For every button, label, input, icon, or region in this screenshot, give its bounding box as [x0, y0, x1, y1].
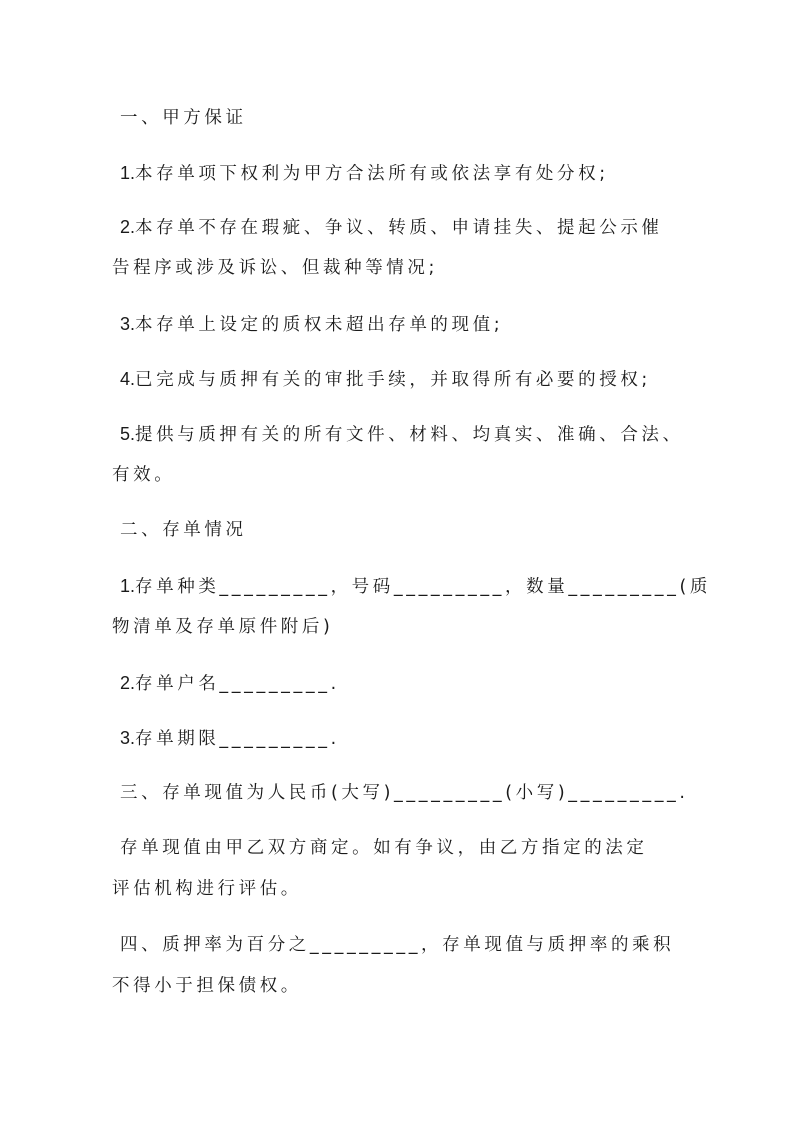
section-heading-3: 三、存单现值为人民币(大写)_________(小写)_________.: [120, 781, 680, 805]
item-number: 2.: [120, 217, 135, 237]
guarantee-item-1: 1.本存单项下权利为甲方合法所有或依法享有处分权;: [120, 161, 680, 186]
item-text: 存单户名_________.: [135, 674, 340, 694]
section-heading-4-cont: 不得小于担保债权。: [112, 974, 672, 998]
deposit-item-1: 1.存单种类_________，号码_________，数量_________(…: [120, 574, 680, 599]
deposit-item-3: 3.存单期限_________.: [120, 726, 680, 751]
item-number: 5.: [120, 424, 135, 444]
document-page: 一、甲方保证 1.本存单项下权利为甲方合法所有或依法享有处分权; 2.本存单不存…: [0, 0, 793, 1122]
item-number: 1.: [120, 576, 135, 596]
item-text: 本存单不存在瑕疵、争议、转质、申请挂失、提起公示催: [135, 218, 663, 238]
item-number: 3.: [120, 314, 135, 334]
item-text: 存单期限_________.: [135, 729, 340, 749]
item-text: 提供与质押有关的所有文件、材料、均真实、准确、合法、: [135, 425, 684, 445]
item-text: 已完成与质押有关的审批手续，并取得所有必要的授权;: [135, 370, 651, 390]
valuation-paragraph-cont: 评估机构进行评估。: [112, 877, 672, 901]
deposit-item-2: 2.存单户名_________.: [120, 671, 680, 696]
item-number: 2.: [120, 673, 135, 693]
guarantee-item-4: 4.已完成与质押有关的审批手续，并取得所有必要的授权;: [120, 367, 680, 392]
section-heading-2: 二、存单情况: [120, 518, 680, 542]
guarantee-item-2-cont: 告程序或涉及诉讼、但裁种等情况;: [112, 256, 672, 280]
section-heading-4: 四、质押率为百分之_________，存单现值与质押率的乘积: [120, 933, 680, 957]
item-text: 存单种类_________，号码_________，数量_________(质: [135, 577, 711, 597]
section-heading-1: 一、甲方保证: [120, 106, 680, 130]
item-number: 4.: [120, 369, 135, 389]
guarantee-item-5-cont: 有效。: [112, 463, 672, 487]
valuation-paragraph: 存单现值由甲乙双方商定。如有争议，由乙方指定的法定: [120, 836, 680, 860]
guarantee-item-3: 3.本存单上设定的质权未超出存单的现值;: [120, 312, 680, 337]
deposit-item-1-cont: 物清单及存单原件附后): [112, 615, 672, 639]
item-number: 3.: [120, 728, 135, 748]
guarantee-item-5: 5.提供与质押有关的所有文件、材料、均真实、准确、合法、: [120, 422, 680, 447]
item-text: 本存单上设定的质权未超出存单的现值;: [135, 315, 503, 335]
item-text: 本存单项下权利为甲方合法所有或依法享有处分权;: [135, 164, 609, 184]
guarantee-item-2: 2.本存单不存在瑕疵、争议、转质、申请挂失、提起公示催: [120, 215, 680, 240]
item-number: 1.: [120, 163, 135, 183]
